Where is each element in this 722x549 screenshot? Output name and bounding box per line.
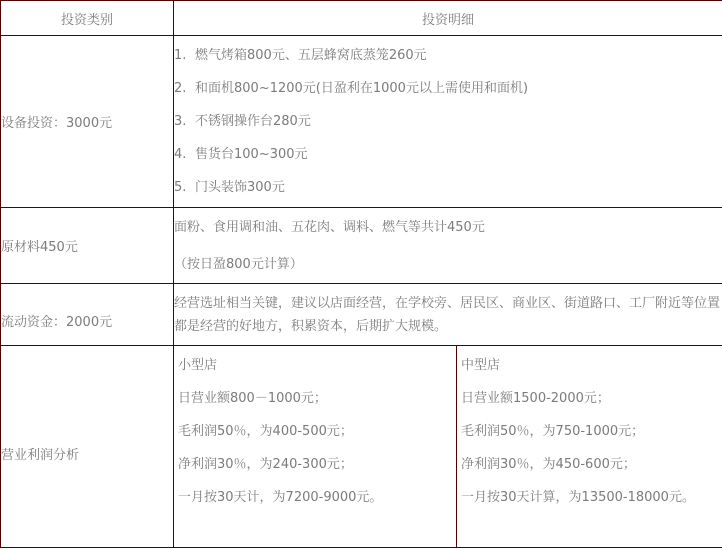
detail-cell-equipment: 1. 燃气烤箱800元、五层蜂窝底蒸笼260元 2. 和面机800~1200元(… (174, 36, 722, 208)
investment-table: 投资类别 投资明细 设备投资：3000元 1. 燃气烤箱800元、五层蜂窝底蒸笼… (0, 0, 722, 548)
profit-line: 一月按30天计算，为13500-18000元。 (461, 486, 718, 509)
profit-line: 日营业额800－1000元； (178, 387, 452, 410)
category-label-equipment: 设备投资：3000元 (1, 112, 173, 131)
profit-line: 一月按30天计，为7200-9000元。 (178, 486, 452, 509)
detail-paragraph: （按日盈800元计算） (174, 253, 722, 276)
detail-cell-working-capital: 经营选址相当关键，建议以店面经营，在学校旁、居民区、商业区、街道路口、工厂附近等… (174, 284, 722, 346)
list-item: 2. 和面机800~1200元(日盈利在1000元以上需使用和面机) (174, 77, 722, 100)
category-cell-equipment: 设备投资：3000元 (1, 36, 174, 208)
list-item: 4. 售货台100~300元 (174, 143, 722, 166)
list-item-text: 和面机800~1200元(日盈利在1000元以上需使用和面机) (195, 77, 528, 100)
header-cell-detail: 投资明细 (174, 1, 722, 36)
list-item-text: 售货台100~300元 (195, 143, 308, 166)
detail-cell-raw-material: 面粉、食用调和油、五花肉、调料、燃气等共计450元 （按日盈800元计算） (174, 208, 722, 284)
investment-plan-page: 投资类别 投资明细 设备投资：3000元 1. 燃气烤箱800元、五层蜂窝底蒸笼… (0, 0, 722, 549)
list-item-number: 5. (174, 176, 195, 199)
profit-line: 日营业额1500-2000元； (461, 387, 718, 410)
list-item-text: 燃气烤箱800元、五层蜂窝底蒸笼260元 (195, 44, 427, 67)
detail-paragraph: 面粉、食用调和油、五花肉、调料、燃气等共计450元 (174, 216, 722, 239)
category-cell-working-capital: 流动资金：2000元 (1, 284, 174, 346)
table-row: 原材料450元 面粉、食用调和油、五花肉、调料、燃气等共计450元 （按日盈80… (1, 208, 722, 284)
profit-columns: 小型店 日营业额800－1000元； 毛利润50％，为400-500元； 净利润… (174, 346, 722, 547)
list-item: 3. 不锈钢操作台280元 (174, 110, 722, 133)
list-item-number: 1. (174, 44, 195, 67)
profit-line: 净利润30％，为450-600元； (461, 453, 718, 476)
profit-line: 毛利润50％，为400-500元； (178, 420, 452, 443)
header-category-label: 投资类别 (61, 13, 113, 28)
header-detail-label: 投资明细 (422, 13, 474, 28)
category-label-working-capital: 流动资金：2000元 (1, 311, 173, 330)
category-label-raw-material: 原材料450元 (1, 236, 173, 255)
profit-line: 净利润30％，为240-300元； (178, 453, 452, 476)
table-row: 营业利润分析 小型店 日营业额800－1000元； 毛利润50％，为400-50… (1, 346, 722, 548)
detail-paragraph: 经营选址相当关键，建议以店面经营，在学校旁、居民区、商业区、街道路口、工厂附近等… (174, 292, 722, 338)
list-item-number: 3. (174, 110, 195, 133)
detail-cell-profit-analysis: 小型店 日营业额800－1000元； 毛利润50％，为400-500元； 净利润… (174, 346, 722, 548)
profit-column-small-shop: 小型店 日营业额800－1000元； 毛利润50％，为400-500元； 净利润… (174, 346, 457, 547)
table-row: 设备投资：3000元 1. 燃气烤箱800元、五层蜂窝底蒸笼260元 2. 和面… (1, 36, 722, 208)
table-row: 流动资金：2000元 经营选址相当关键，建议以店面经营，在学校旁、居民区、商业区… (1, 284, 722, 346)
category-cell-raw-material: 原材料450元 (1, 208, 174, 284)
category-label-profit-analysis: 营业利润分析 (1, 444, 173, 463)
profit-line: 毛利润50％，为750-1000元； (461, 420, 718, 443)
shop-type-title: 中型店 (461, 354, 718, 377)
list-item-number: 2. (174, 77, 195, 100)
header-cell-category: 投资类别 (1, 1, 174, 36)
table-header-row: 投资类别 投资明细 (1, 1, 722, 36)
list-item: 1. 燃气烤箱800元、五层蜂窝底蒸笼260元 (174, 44, 722, 67)
category-cell-profit-analysis: 营业利润分析 (1, 346, 174, 548)
list-item-text: 不锈钢操作台280元 (195, 110, 311, 133)
list-item-text: 门头装饰300元 (195, 176, 285, 199)
list-item-number: 4. (174, 143, 195, 166)
profit-column-medium-shop: 中型店 日营业额1500-2000元； 毛利润50％，为750-1000元； 净… (457, 346, 722, 547)
shop-type-title: 小型店 (178, 354, 452, 377)
list-item: 5. 门头装饰300元 (174, 176, 722, 199)
